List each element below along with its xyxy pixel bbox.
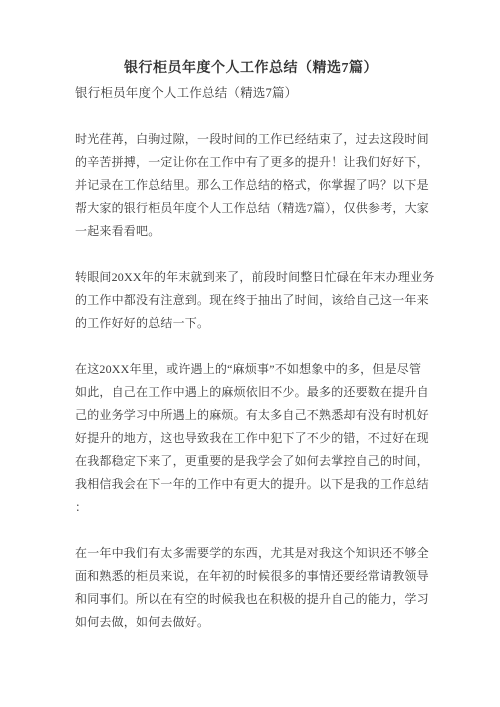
text-line: 的工作好好的总结一下。 xyxy=(75,312,427,335)
text-line: 在这20XX年里，或许遇上的“麻烦事”不如想象中的多，但是尽管 xyxy=(75,358,427,381)
text-line: 在一年中我们有太多需要学的东西，尤其是对我这个知识还不够全 xyxy=(75,542,427,565)
document-content: 银行柜员年度个人工作总结（精选7篇） 银行柜员年度个人工作总结（精选7篇） 时光… xyxy=(0,0,500,634)
text-line: 如此，自己在工作中遇上的麻烦依旧不少。最多的还要数在提升自 xyxy=(75,381,427,404)
text-line: ： xyxy=(75,496,427,519)
paragraph-year-end: 转眼间20XX年的年末就到来了，前段时间整日忙碌在年末办理业务 的工作中都没有注… xyxy=(75,266,427,335)
text-line: 的辛苦拼搏，一定让你在工作中有了更多的提升！让我们好好下， xyxy=(75,151,427,174)
text-line: 在我都稳定下来了，更重要的是我学会了如何去掌控自己的时间， xyxy=(75,450,427,473)
text-line: 一起来看看吧。 xyxy=(75,220,427,243)
doc-title: 银行柜员年度个人工作总结（精选7篇） xyxy=(75,57,427,80)
text-line: 转眼间20XX年的年末就到来了，前段时间整日忙碌在年末办理业务 xyxy=(75,266,427,289)
text-line: 面和熟悉的柜员来说，在年初的时候很多的事情还要经常请教领导 xyxy=(75,565,427,588)
paragraph-troubles: 在这20XX年里，或许遇上的“麻烦事”不如想象中的多，但是尽管 如此，自己在工作… xyxy=(75,358,427,519)
text-line: 并记录在工作总结里。那么工作总结的格式，你掌握了吗？以下是 xyxy=(75,174,427,197)
doc-subtitle: 银行柜员年度个人工作总结（精选7篇） xyxy=(75,82,427,105)
text-line: 帮大家的银行柜员年度个人工作总结（精选7篇），仅供参考，大家 xyxy=(75,197,427,220)
document-page: 银行柜员年度个人工作总结（精选7篇） 银行柜员年度个人工作总结（精选7篇） 时光… xyxy=(0,0,500,707)
paragraph-learning: 在一年中我们有太多需要学的东西，尤其是对我这个知识还不够全 面和熟悉的柜员来说，… xyxy=(75,542,427,634)
paragraph-intro: 时光荏苒，白驹过隙，一段时间的工作已经结束了，过去这段时间 的辛苦拼搏，一定让你… xyxy=(75,128,427,243)
text-line: 和同事们。所以在有空的时候我也在积极的提升自己的能力，学习 xyxy=(75,588,427,611)
text-line: 己的业务学习中所遇上的麻烦。有太多自己不熟悉却有没有时机好 xyxy=(75,404,427,427)
text-line: 的工作中都没有注意到。现在终于抽出了时间，该给自己这一年来 xyxy=(75,289,427,312)
text-line: 时光荏苒，白驹过隙，一段时间的工作已经结束了，过去这段时间 xyxy=(75,128,427,151)
text-line: 好提升的地方，这也导致我在工作中犯下了不少的错，不过好在现 xyxy=(75,427,427,450)
text-line: 我相信我会在下一年的工作中有更大的提升。以下是我的工作总结 xyxy=(75,473,427,496)
text-line: 如何去做，如何去做好。 xyxy=(75,611,427,634)
